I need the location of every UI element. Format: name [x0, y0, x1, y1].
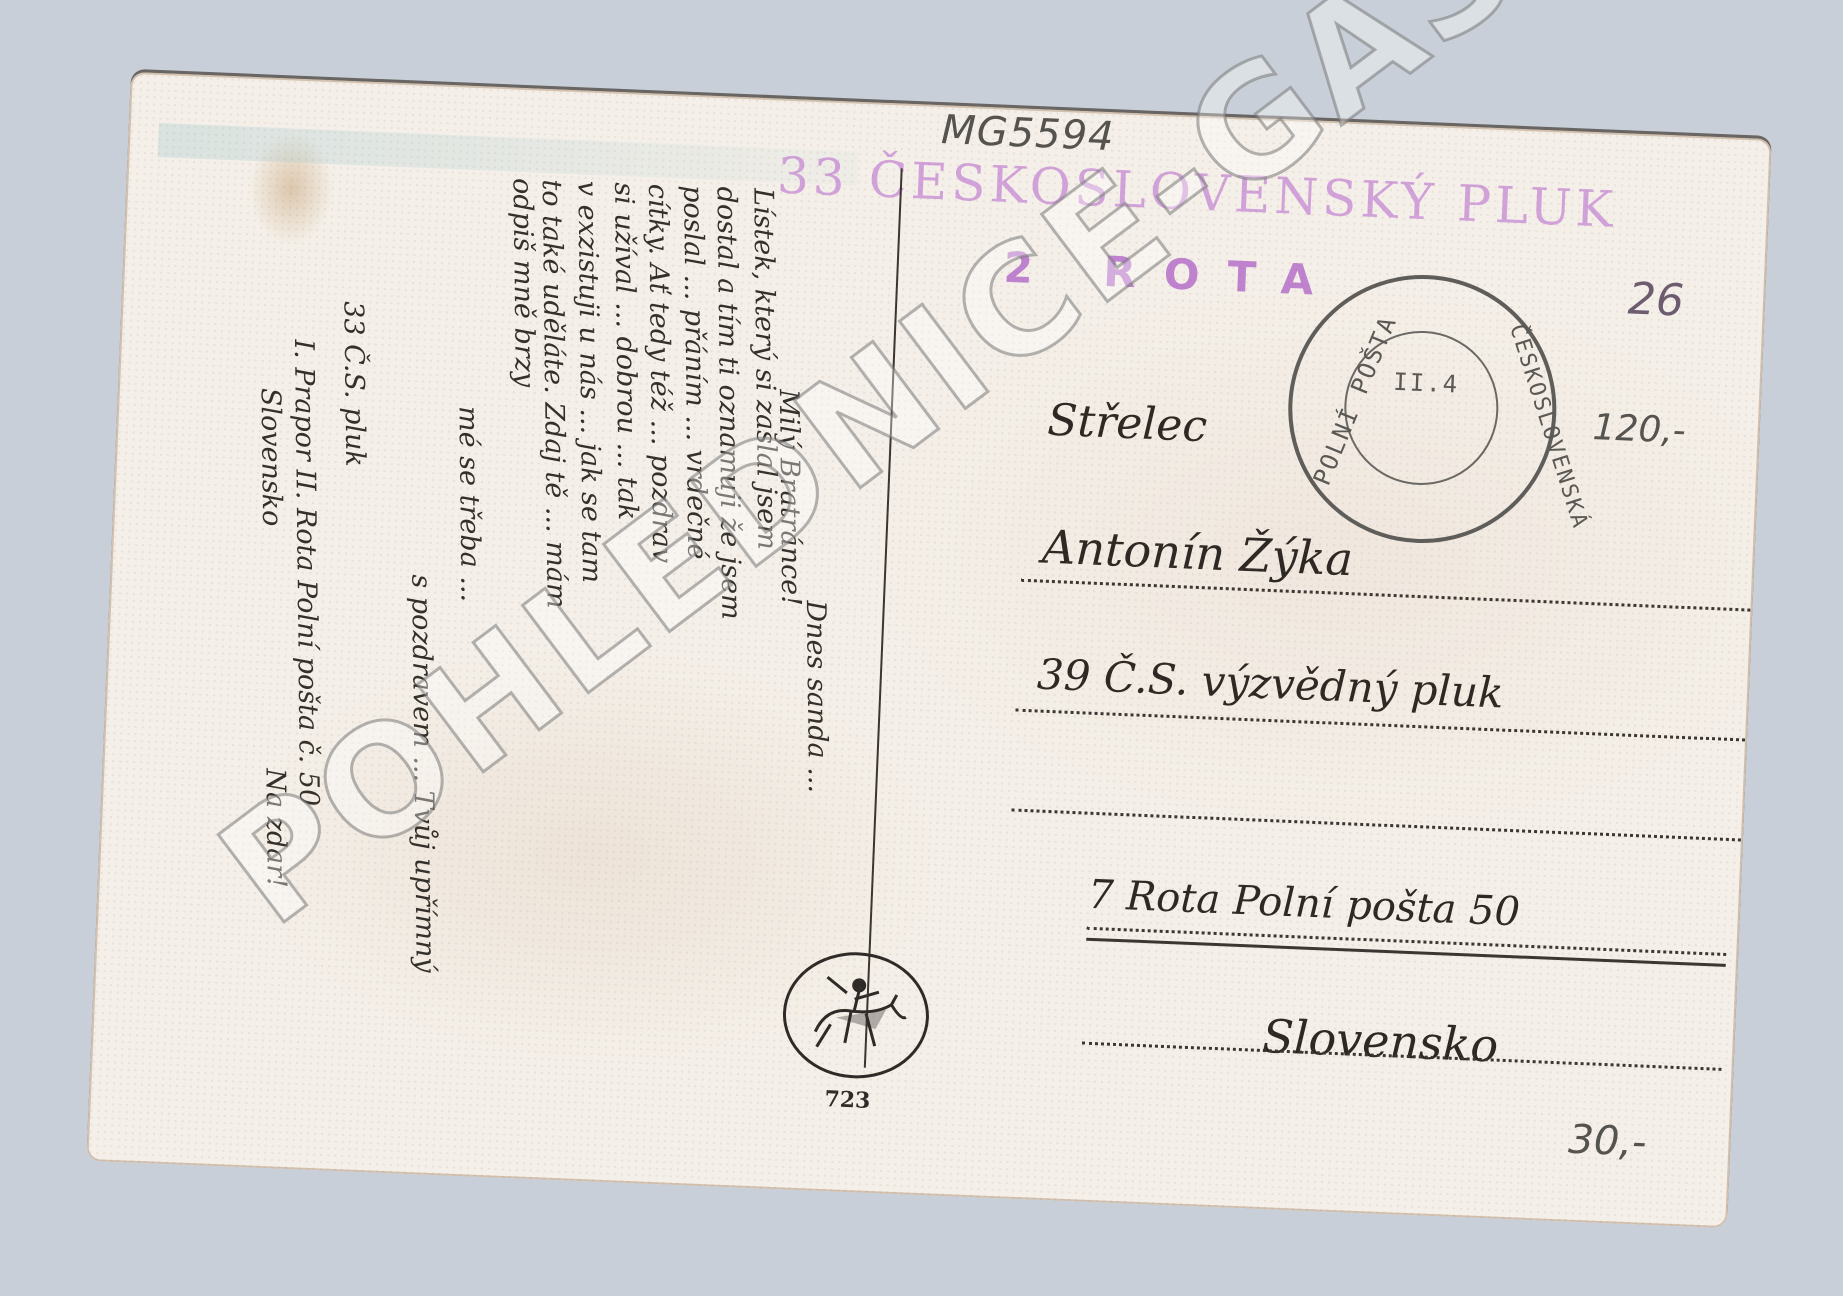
- address-rule: [1016, 709, 1746, 742]
- message-column: si užíval ... dobrou ... tak: [608, 182, 643, 520]
- address-line-country: Slovensko: [1261, 1009, 1499, 1073]
- sender-column: 33 Č.S. pluk: [337, 301, 370, 467]
- price-mark: 30,-: [1568, 1117, 1648, 1166]
- address-line-rank: Střelec: [1046, 395, 1208, 453]
- sender-column: Slovensko: [255, 388, 288, 527]
- postcard: MG5594 33 ČESKOSLOVENSKÝ PLUK 2 ROTA 26 …: [86, 72, 1771, 1228]
- postmark-cancel: POLNÍ POŠTA ČESKOSLOVENSKÁ II.4: [1283, 270, 1562, 549]
- postmark-date: II.4: [1393, 368, 1460, 399]
- address-rule: [1011, 809, 1741, 842]
- message-column: mé se třeba ...: [452, 406, 485, 602]
- publisher-number: 723: [824, 1086, 871, 1114]
- address-line-name: Antonín Žýka: [1041, 520, 1354, 587]
- message-column: odpiš mně brzy: [507, 178, 540, 387]
- signature-mark: 26: [1627, 273, 1685, 326]
- postmark-text-right: ČESKOSLOVENSKÁ: [1504, 321, 1593, 532]
- price-mark: 120,-: [1592, 407, 1687, 452]
- address-rule: [1021, 579, 1751, 612]
- message-column: Dnes sanda ...: [800, 600, 833, 793]
- address-line-unit: 39 Č.S. výzvědný pluk: [1036, 649, 1504, 717]
- address-line-post: 7 Rota Polní pošta 50: [1087, 872, 1521, 936]
